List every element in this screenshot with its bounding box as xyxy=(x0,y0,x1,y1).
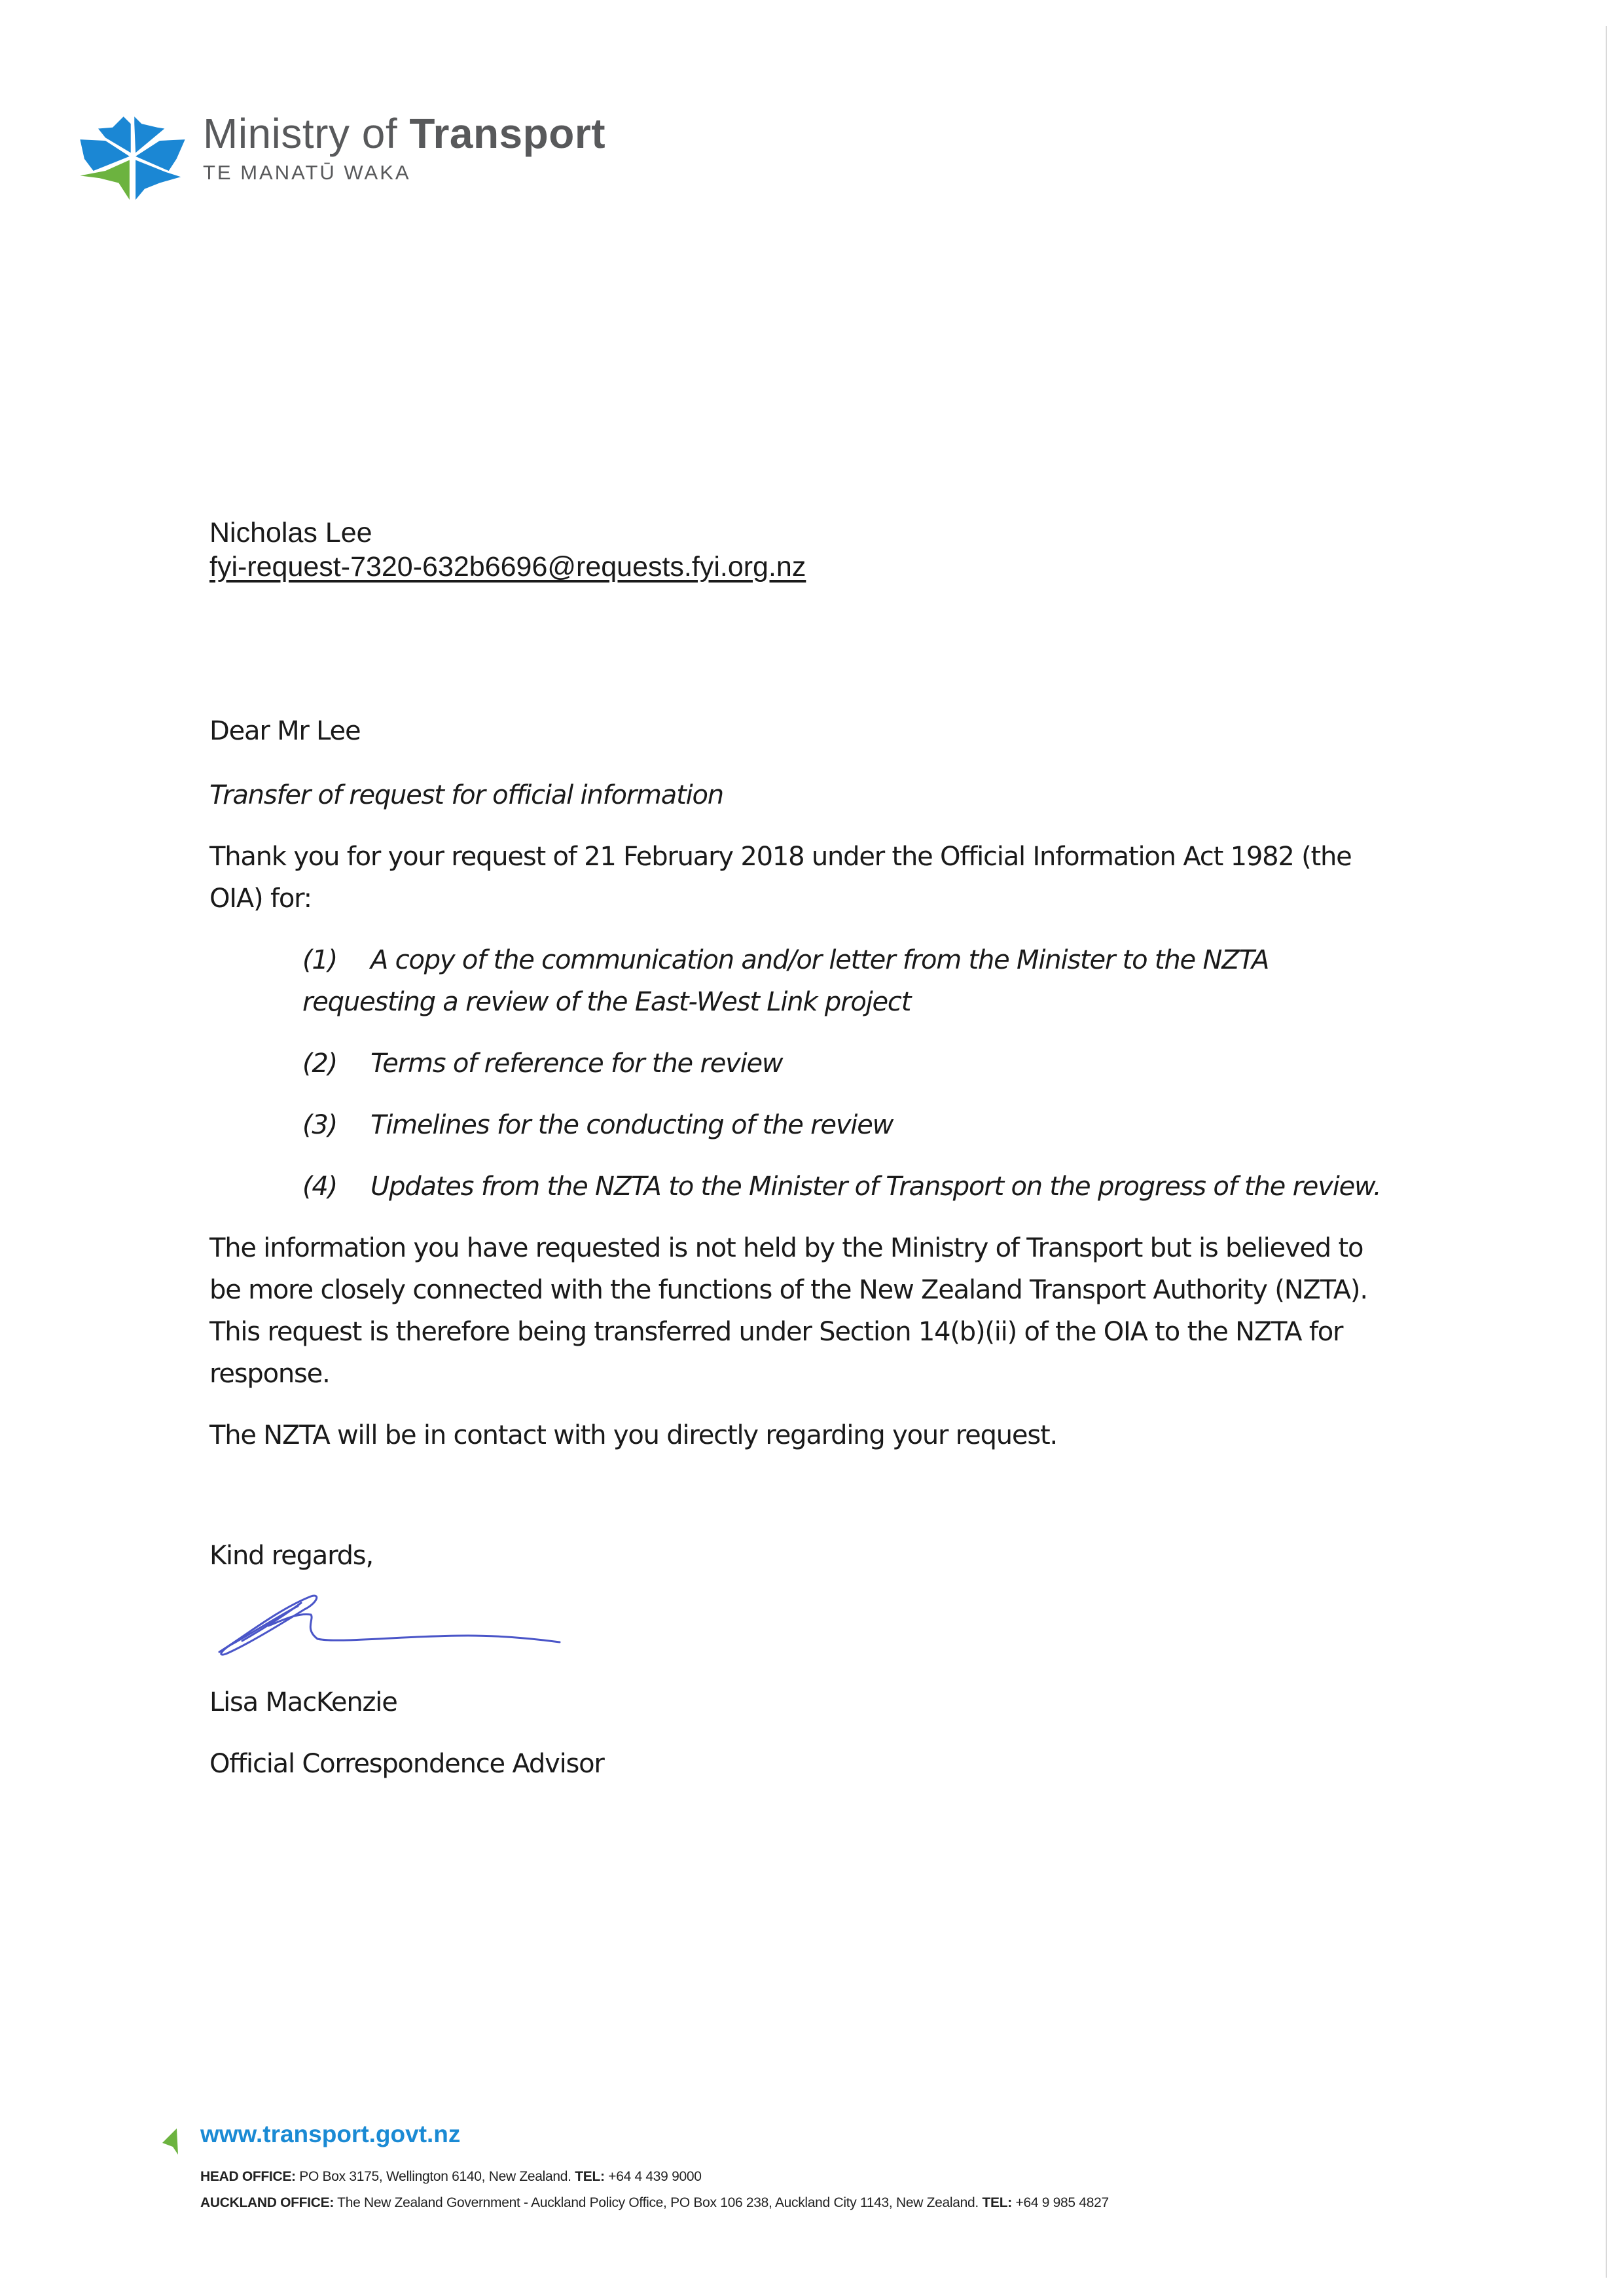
brand-name-bold: Transport xyxy=(409,110,605,157)
signatory-title: Official Correspondence Advisor xyxy=(209,1743,1388,1785)
green-arrow-icon xyxy=(162,2128,182,2155)
request-number: (4) xyxy=(302,1166,370,1208)
brand-subtitle: TE MANATŪ WAKA xyxy=(203,161,605,185)
signatory-name: Lisa MacKenzie xyxy=(209,1681,1388,1723)
request-text: Terms of reference for the review xyxy=(370,1049,782,1079)
head-office-address: PO Box 3175, Wellington 6140, New Zealan… xyxy=(296,2169,575,2184)
brand-wordmark: Ministry of Transport TE MANATŪ WAKA xyxy=(203,110,605,185)
request-item: (2)Terms of reference for the review xyxy=(302,1043,1388,1085)
head-office-label: HEAD OFFICE: xyxy=(200,2169,296,2184)
contact-paragraph: The NZTA will be in contact with you dir… xyxy=(209,1414,1388,1456)
brand-name: Ministry of Transport xyxy=(203,110,605,157)
request-text: Updates from the NZTA to the Minister of… xyxy=(370,1172,1380,1202)
transfer-paragraph: The information you have requested is no… xyxy=(209,1227,1388,1395)
auckland-office-tel-label: TEL: xyxy=(983,2195,1012,2210)
request-item: (3)Timelines for the conducting of the r… xyxy=(302,1104,1388,1146)
addressee-block: Nicholas Lee fyi-request-7320-632b6696@r… xyxy=(209,516,806,584)
letter-body: Dear Mr Lee Transfer of request for offi… xyxy=(209,710,1388,1804)
website-link[interactable]: www.transport.govt.nz xyxy=(200,2121,460,2148)
addressee-email-link[interactable]: fyi-request-7320-632b6696@requests.fyi.o… xyxy=(209,551,806,583)
handwritten-signature-icon xyxy=(206,1590,586,1688)
request-number: (2) xyxy=(302,1043,370,1085)
request-number: (1) xyxy=(302,939,370,981)
intro-paragraph: Thank you for your request of 21 Februar… xyxy=(209,836,1388,920)
addressee-name: Nicholas Lee xyxy=(209,516,806,550)
auckland-office-address: The New Zealand Government - Auckland Po… xyxy=(334,2195,982,2210)
brand-name-light: Ministry of xyxy=(203,110,397,157)
request-item: (4)Updates from the NZTA to the Minister… xyxy=(302,1166,1388,1208)
request-text: Timelines for the conducting of the revi… xyxy=(370,1110,893,1140)
head-office-tel: +64 4 439 9000 xyxy=(605,2169,702,2184)
page-edge-divider xyxy=(1606,26,1607,2278)
request-item: (1)A copy of the communication and/or le… xyxy=(302,939,1388,1023)
closing: Kind regards, xyxy=(209,1535,1388,1577)
auckland-office-line: AUCKLAND OFFICE: The New Zealand Governm… xyxy=(200,2195,1109,2211)
head-office-line: HEAD OFFICE: PO Box 3175, Wellington 614… xyxy=(200,2169,702,2185)
letter-subject: Transfer of request for official informa… xyxy=(209,774,1388,816)
request-list: (1)A copy of the communication and/or le… xyxy=(209,939,1388,1208)
request-text: A copy of the communication and/or lette… xyxy=(302,945,1269,1017)
auckland-office-label: AUCKLAND OFFICE: xyxy=(200,2195,334,2210)
head-office-tel-label: TEL: xyxy=(575,2169,604,2184)
request-number: (3) xyxy=(302,1104,370,1146)
ministry-star-logo-icon xyxy=(75,110,190,202)
auckland-office-tel: +64 9 985 4827 xyxy=(1012,2195,1109,2210)
salutation: Dear Mr Lee xyxy=(209,710,1388,752)
